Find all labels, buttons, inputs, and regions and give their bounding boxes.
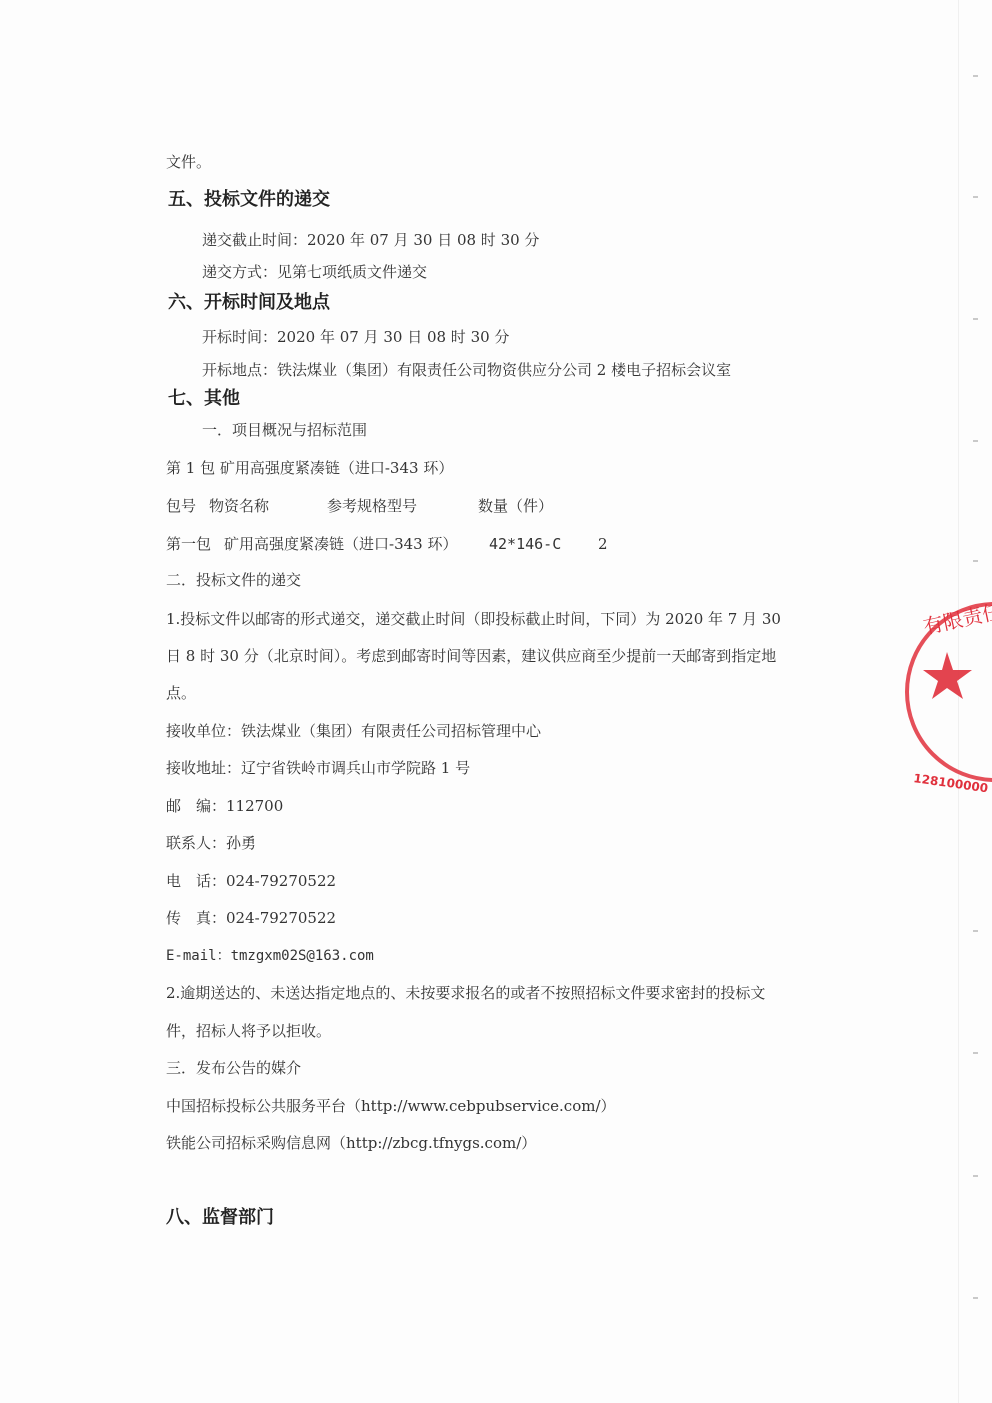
header-quantity: 数量（件） bbox=[478, 496, 553, 516]
media-link-1: 中国招标投标公共服务平台（http://www.cebpubservice.co… bbox=[166, 1096, 616, 1116]
margin-tick bbox=[973, 1175, 978, 1177]
section-8-heading: 八、监督部门 bbox=[166, 1207, 274, 1229]
opening-place: 开标地点：铁法煤业（集团）有限责任公司物资供应分公司 2 楼电子招标会议室 bbox=[202, 360, 731, 380]
phone: 电 话：024-79270522 bbox=[166, 871, 336, 891]
submission-deadline: 递交截止时间：2020 年 07 月 30 日 08 时 30 分 bbox=[202, 230, 539, 250]
subsection-2-title: 二．投标文件的递交 bbox=[166, 570, 301, 590]
paragraph-2-line-1: 2.逾期送达的、未送达指定地点的、未按要求报名的或者不按照招标文件要求密封的投标… bbox=[166, 983, 765, 1003]
seal-text-bottom: 128100000 bbox=[913, 771, 989, 792]
submission-method: 递交方式：见第七项纸质文件递交 bbox=[202, 262, 427, 282]
continuation-text: 文件。 bbox=[166, 152, 211, 172]
media-link-2: 铁能公司招标采购信息网（http://zbcg.tfnygs.com/） bbox=[166, 1133, 536, 1153]
header-material-name: 物资名称 bbox=[209, 496, 269, 516]
margin-tick bbox=[973, 196, 978, 198]
paragraph-2-line-2: 件，招标人将予以拒收。 bbox=[166, 1021, 331, 1041]
section-7-heading: 七、其他 bbox=[168, 388, 240, 410]
receiver-address: 接收地址：辽宁省铁岭市调兵山市学院路 1 号 bbox=[166, 758, 470, 778]
margin-tick bbox=[973, 930, 978, 932]
margin-tick bbox=[973, 1052, 978, 1054]
subsection-1-title: 一．项目概况与招标范围 bbox=[202, 420, 367, 440]
email: E-mail：tmzgxm02S@163.com bbox=[166, 946, 374, 966]
cell-quantity: 2 bbox=[598, 534, 608, 554]
paragraph-1-line-1: 1.投标文件以邮寄的形式递交，递交截止时间（即投标截止时间，下同）为 2020 … bbox=[166, 609, 781, 629]
paragraph-1-line-2: 日 8 时 30 分（北京时间）。考虑到邮寄时间等因素，建议供应商至少提前一天邮… bbox=[166, 646, 776, 666]
paragraph-1-line-3: 点。 bbox=[166, 683, 196, 703]
contact-person: 联系人：孙勇 bbox=[166, 833, 256, 853]
fax: 传 真：024-79270522 bbox=[166, 908, 336, 928]
subsection-3-title: 三．发布公告的媒介 bbox=[166, 1058, 301, 1078]
seal-stamp-icon: 有限责任公 128100000 bbox=[905, 592, 992, 792]
opening-time: 开标时间：2020 年 07 月 30 日 08 时 30 分 bbox=[202, 327, 509, 347]
header-spec: 参考规格型号 bbox=[327, 496, 417, 516]
cell-spec: 42*146-C bbox=[489, 534, 561, 554]
package-title: 第 1 包 矿用高强度紧凑链（进口-343 环） bbox=[166, 458, 453, 478]
section-6-heading: 六、开标时间及地点 bbox=[168, 292, 330, 314]
company-seal: 有限责任公 128100000 bbox=[905, 592, 992, 792]
cell-material-name: 矿用高强度紧凑链（进口-343 环） bbox=[224, 534, 457, 554]
cell-package-no: 第一包 bbox=[166, 534, 211, 554]
margin-tick bbox=[973, 560, 978, 562]
receiver-unit: 接收单位：铁法煤业（集团）有限责任公司招标管理中心 bbox=[166, 721, 541, 741]
margin-tick bbox=[973, 440, 978, 442]
section-5-heading: 五、投标文件的递交 bbox=[168, 189, 330, 211]
margin-tick bbox=[973, 318, 978, 320]
seal-text-top: 有限责任公 bbox=[921, 595, 992, 639]
header-package-no: 包号 bbox=[166, 496, 196, 516]
postcode: 邮 编：112700 bbox=[166, 796, 283, 816]
margin-tick bbox=[973, 1297, 978, 1299]
margin-tick bbox=[973, 75, 978, 77]
